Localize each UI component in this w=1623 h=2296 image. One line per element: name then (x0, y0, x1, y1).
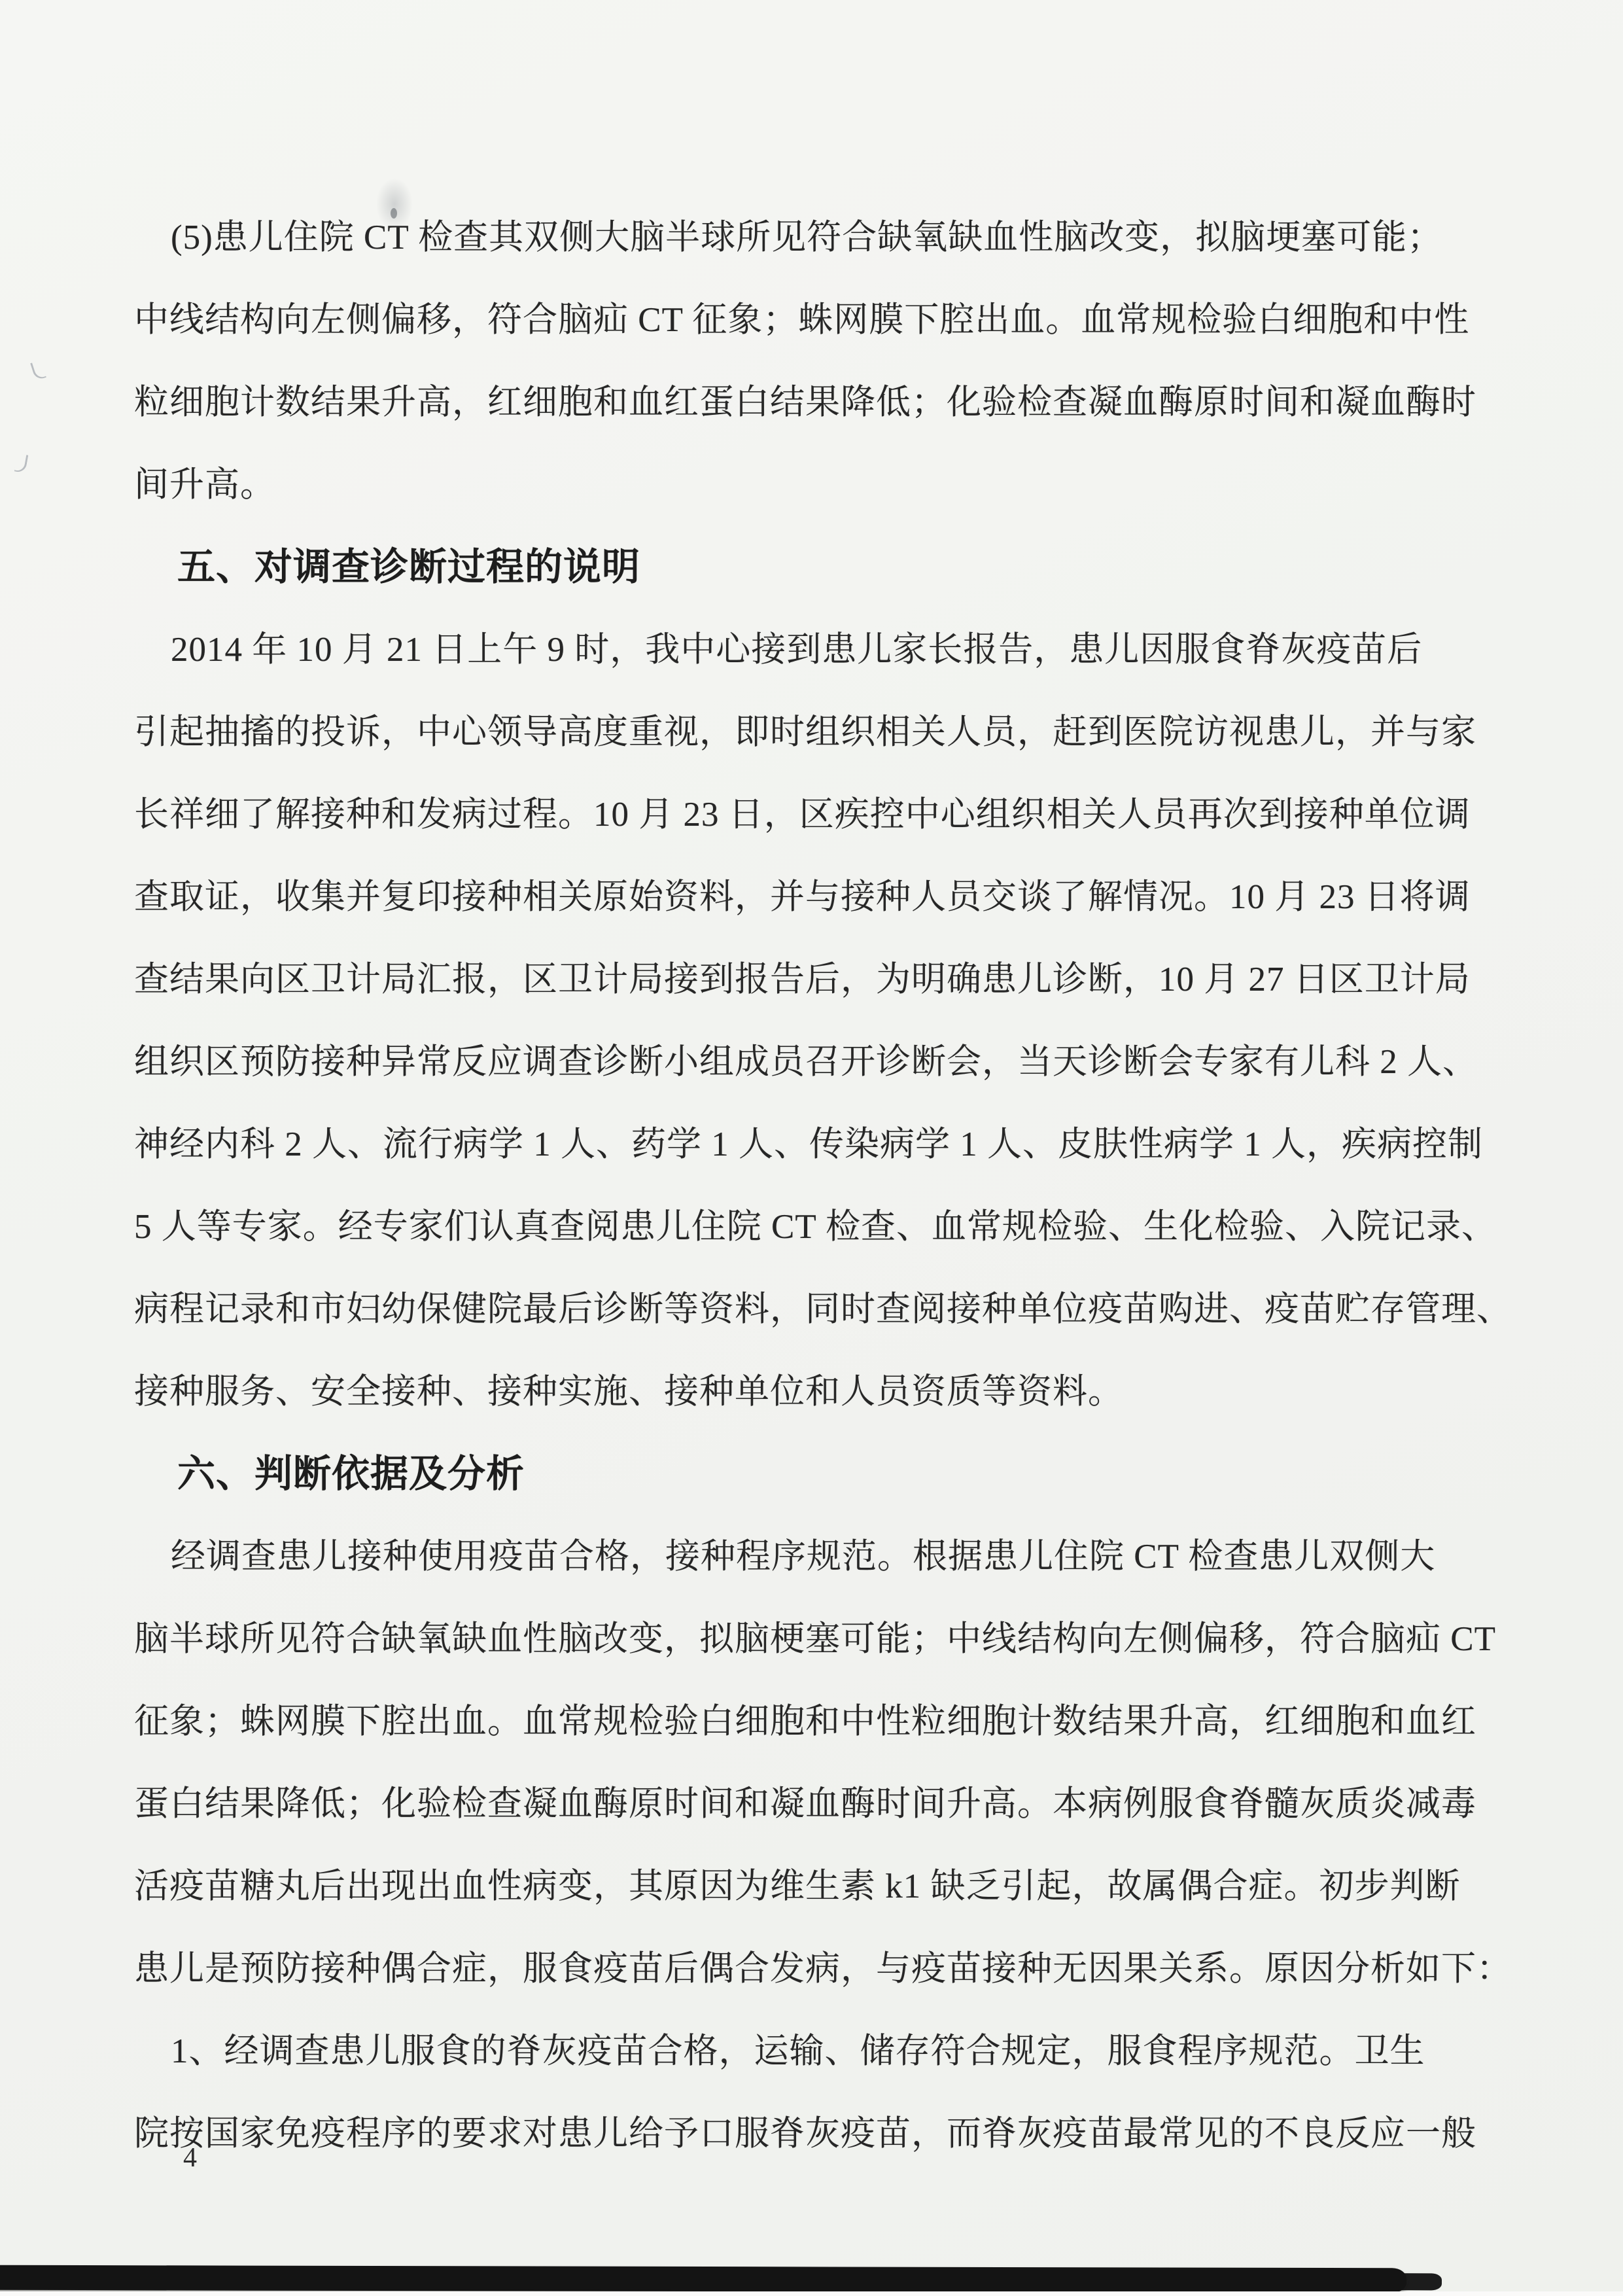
text-line: (5)患儿住院 CT 检查其双侧大脑半球所见符合缺氧缺血性脑改变，拟脑埂塞可能； (134, 196, 1508, 279)
text-line: 查结果向区卫计局汇报，区卫计局接到报告后，为明确患儿诊断，10 月 27 日区卫… (134, 938, 1508, 1021)
scan-edge-artifact (0, 2265, 1406, 2293)
text-line: 病程记录和市妇幼保健院最后诊断等资料，同时查阅接种单位疫苗购进、疫苗贮存管理、 (134, 1268, 1508, 1351)
text-line: 蛋白结果降低；化验检查凝血酶原时间和凝血酶时间升高。本病例服食脊髓灰质炎减毒 (134, 1763, 1508, 1845)
text-line: 间升高。 (134, 444, 1508, 526)
text-line: 脑半球所见符合缺氧缺血性脑改变，拟脑梗塞可能；中线结构向左侧偏移，符合脑疝 CT (134, 1598, 1508, 1680)
text-line: 征象；蛛网膜下腔出血。血常规检验白细胞和中性粒细胞计数结果升高，红细胞和血红 (134, 1680, 1508, 1763)
text-line: 引起抽搐的投诉，中心领导高度重视，即时组织相关人员，赶到医院访视患儿，并与家 (134, 691, 1508, 773)
text-line: 接种服务、安全接种、接种实施、接种单位和人员资质等资料。 (134, 1351, 1508, 1433)
text-line: 5 人等专家。经专家们认真查阅患儿住院 CT 检查、血常规检验、生化检验、入院记… (134, 1186, 1508, 1268)
text-line: 组织区预防接种异常反应调查诊断小组成员召开诊断会，当天诊断会专家有儿科 2 人、 (134, 1021, 1508, 1103)
text-line: 神经内科 2 人、流行病学 1 人、药学 1 人、传染病学 1 人、皮肤性病学 … (134, 1103, 1508, 1186)
text-line: 患儿是预防接种偶合症，服食疫苗后偶合发病，与疫苗接种无因果关系。原因分析如下： (134, 1928, 1508, 2010)
scanner-bed-strip (0, 2291, 1623, 2296)
text-line: 1、经调查患儿服食的脊灰疫苗合格，运输、储存符合规定，服食程序规范。卫生 (134, 2010, 1508, 2093)
text-line: 粒细胞计数结果升高，红细胞和血红蛋白结果降低；化验检查凝血酶原时间和凝血酶时 (134, 361, 1508, 444)
page-number: 4 (183, 2138, 197, 2178)
text-line: 经调查患儿接种使用疫苗合格，接种程序规范。根据患儿住院 CT 检查患儿双侧大 (134, 1515, 1508, 1598)
text-line: 2014 年 10 月 21 日上午 9 时，我中心接到患儿家长报告，患儿因服食… (134, 609, 1508, 691)
scanned-document-page: (5)患儿住院 CT 检查其双侧大脑半球所见符合缺氧缺血性脑改变，拟脑埂塞可能；… (0, 0, 1623, 2296)
section-heading: 六、判断依据及分析 (134, 1433, 1508, 1515)
text-line: 长祥细了解接种和发病过程。10 月 23 日，区疾控中心组织相关人员再次到接种单… (134, 773, 1508, 856)
section-heading: 五、对调查诊断过程的说明 (134, 526, 1508, 609)
text-line: 活疫苗糖丸后出现出血性病变，其原因为维生素 k1 缺乏引起，故属偶合症。初步判断 (134, 1845, 1508, 1928)
text-line: 中线结构向左侧偏移，符合脑疝 CT 征象；蛛网膜下腔出血。血常规检验白细胞和中性 (134, 279, 1508, 361)
document-body: (5)患儿住院 CT 检查其双侧大脑半球所见符合缺氧缺血性脑改变，拟脑埂塞可能；… (134, 196, 1508, 2175)
scan-speck-artifact (30, 360, 46, 381)
text-line: 院按国家免疫程序的要求对患儿给予口服脊灰疫苗，而脊灰疫苗最常见的不良反应一般 (134, 2093, 1508, 2175)
text-line: 查取证，收集并复印接种相关原始资料，并与接种人员交谈了解情况。10 月 23 日… (134, 856, 1508, 938)
scan-speck-artifact (14, 453, 29, 474)
